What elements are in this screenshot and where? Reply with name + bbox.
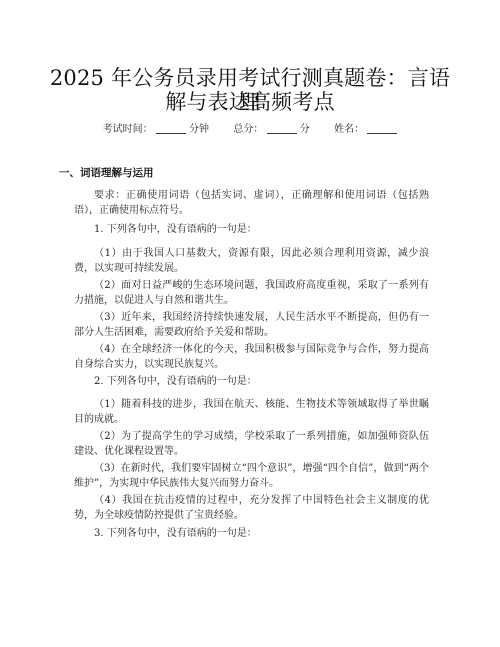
exam-time-unit: 分钟 (189, 120, 209, 135)
total-score-blank[interactable] (267, 123, 297, 134)
question-2-option-2: （2）为了提高学生的学习成绩，学校采取了一系列措施，如加强师资队伍建设、优化课程… (74, 429, 429, 459)
question-2-option-4: （4）我国在抗击疫情的过程中，充分发挥了中国特色社会主义制度的优势，为全球疫情防… (74, 493, 429, 523)
question-1-option-3: （3）近年来，我国经济持续快速发展，人民生活水平不断提高，但仍有一部分人生活困难… (74, 310, 429, 340)
total-score-label: 总分： (233, 120, 263, 135)
exam-time-label: 考试时间： (103, 120, 153, 135)
question-2-stem: 2. 下列各句中，没有语病的一句是： (94, 374, 257, 389)
exam-meta-row: 考试时间： 分钟 总分： 分 姓名： (0, 120, 500, 135)
name-label: 姓名： (334, 120, 364, 135)
total-score-unit: 分 (300, 120, 310, 135)
question-1-option-1: （1）由于我国人口基数大，资源有限，因此必须合理利用资源，减少浪费，以实现可持续… (74, 246, 429, 276)
question-3-stem: 3. 下列各句中，没有语病的一句是： (94, 526, 257, 541)
question-1-option-4: （4）在全球经济一体化的今天，我国积极参与国际竞争与合作，努力提高自身综合实力，… (74, 342, 429, 372)
question-2-option-3: （3）在新时代，我们要牢固树立“四个意识”，增强“四个自信”，做到“两个维护”，… (74, 461, 429, 491)
document-page: 2025 年公务员录用考试行测真题卷：言语理 解与表达高频考点 考试时间： 分钟… (0, 0, 500, 647)
question-1-stem: 1. 下列各句中，没有语病的一句是： (94, 222, 257, 237)
question-2-option-1: （1）随着科技的进步，我国在航天、核能、生物技术等领域取得了举世瞩目的成就。 (74, 397, 429, 427)
exam-time-blank[interactable] (156, 123, 186, 134)
section-requirement: 要求：正确使用词语（包括实词、虚词），正确理解和使用词语（包括熟语），正确使用标… (74, 188, 429, 218)
section-heading: 一、词语理解与运用 (59, 165, 154, 180)
document-title-line-2: 解与表达高频考点 (40, 90, 460, 114)
question-1-option-2: （2）面对日益严峻的生态环境问题，我国政府高度重视，采取了一系列有力措施，以促进… (74, 278, 429, 308)
name-blank[interactable] (367, 123, 397, 134)
